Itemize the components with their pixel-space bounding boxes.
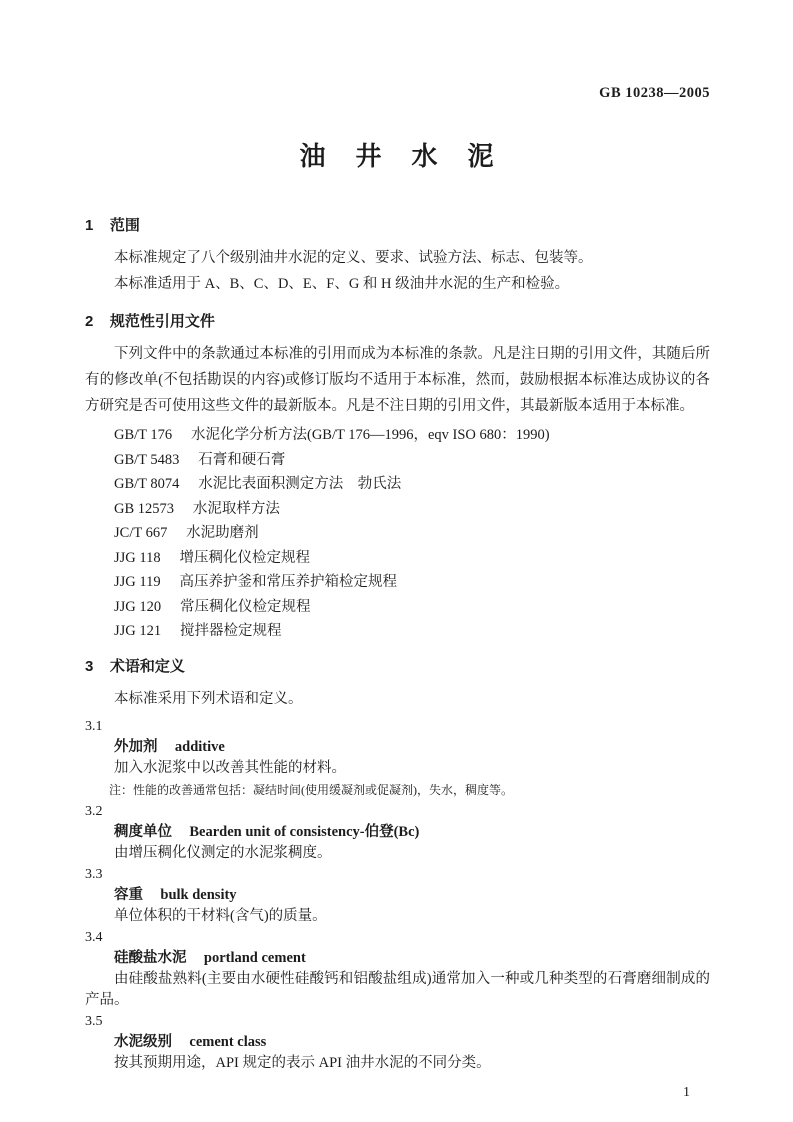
reference-code: JJG 120: [114, 599, 161, 615]
term-heading: 水泥级别cement class: [85, 1032, 710, 1053]
term-block-3-3: 3.3 容重bulk density 单位体积的干材料(含气)的质量。: [85, 864, 710, 927]
reference-code: JC/T 667: [114, 525, 167, 541]
term-block-3-4: 3.4 硅酸盐水泥portland cement 由硅酸盐熟料(主要由水硬性硅酸…: [85, 927, 710, 1011]
section-1-number: 1: [85, 217, 93, 234]
document-title: 油 井 水 泥: [85, 140, 710, 174]
term-heading: 外加剂additive: [85, 737, 710, 758]
term-number: 3.3: [85, 864, 710, 885]
term-chinese: 水泥级别: [114, 1034, 172, 1050]
reference-code: JJG 119: [114, 574, 161, 590]
section-2-label: 规范性引用文件: [110, 313, 215, 330]
term-block-3-5: 3.5 水泥级别cement class 按其预期用途，API 规定的表示 AP…: [85, 1011, 710, 1074]
term-chinese: 容重: [114, 887, 143, 903]
term-number: 3.1: [85, 716, 710, 737]
section-1-paragraph-2: 本标准适用于 A、B、C、D、E、F、G 和 H 级油井水泥的生产和检验。: [85, 271, 710, 297]
section-3-heading: 3术语和定义: [85, 657, 710, 677]
term-heading: 硅酸盐水泥portland cement: [85, 948, 710, 969]
standard-number: GB 10238—2005: [85, 84, 710, 102]
term-chinese: 外加剂: [114, 739, 158, 755]
section-1-heading: 1范围: [85, 216, 710, 236]
section-3-number: 3: [85, 658, 93, 675]
reference-item: JJG 119高压养护釜和常压养护箱检定规程: [114, 570, 710, 595]
reference-code: JJG 118: [114, 550, 161, 566]
reference-item: JJG 121搅拌器检定规程: [114, 619, 710, 644]
reference-item: GB/T 5483石膏和硬石膏: [114, 448, 710, 473]
term-number: 3.4: [85, 927, 710, 948]
term-english: bulk density: [160, 887, 236, 903]
section-3-label: 术语和定义: [110, 658, 185, 675]
term-number: 3.2: [85, 801, 710, 822]
reference-item: JJG 120常压稠化仪检定规程: [114, 595, 710, 620]
reference-list: GB/T 176水泥化学分析方法(GB/T 176—1996，eqv ISO 6…: [85, 423, 710, 644]
term-english: portland cement: [204, 950, 306, 966]
term-english: cement class: [189, 1034, 266, 1050]
reference-item: JC/T 667水泥助磨剂: [114, 521, 710, 546]
term-number: 3.5: [85, 1011, 710, 1032]
reference-title: 水泥取样方法: [193, 501, 280, 517]
section-1-label: 范围: [110, 217, 140, 234]
reference-title: 水泥比表面积测定方法 勃氏法: [198, 476, 401, 492]
reference-code: GB/T 176: [114, 427, 172, 443]
reference-code: JJG 121: [114, 623, 161, 639]
reference-code: GB/T 8074: [114, 476, 179, 492]
reference-title: 水泥化学分析方法(GB/T 176—1996，eqv ISO 680：1990): [191, 427, 550, 443]
term-chinese: 稠度单位: [114, 824, 172, 840]
reference-item: GB/T 176水泥化学分析方法(GB/T 176—1996，eqv ISO 6…: [114, 423, 710, 448]
reference-code: GB 12573: [114, 501, 174, 517]
term-definition: 加入水泥浆中以改善其性能的材料。: [85, 758, 710, 779]
reference-item: JJG 118增压稠化仪检定规程: [114, 546, 710, 571]
terms-list: 3.1 外加剂additive 加入水泥浆中以改善其性能的材料。 注：性能的改善…: [85, 716, 710, 1074]
term-english: additive: [175, 739, 225, 755]
reference-title: 水泥助磨剂: [186, 525, 259, 541]
reference-title: 搅拌器检定规程: [180, 623, 282, 639]
section-1-paragraph-1: 本标准规定了八个级别油井水泥的定义、要求、试验方法、标志、包装等。: [85, 245, 710, 271]
reference-title: 常压稠化仪检定规程: [180, 599, 311, 615]
term-definition: 由硅酸盐熟料(主要由水硬性硅酸钙和铝酸盐组成)通常加入一种或几种类型的石膏磨细制…: [85, 969, 710, 1011]
term-heading: 容重bulk density: [85, 885, 710, 906]
reference-title: 高压养护釜和常压养护箱检定规程: [179, 574, 397, 590]
page-number: 1: [85, 1084, 710, 1102]
section-2-intro: 下列文件中的条款通过本标准的引用而成为本标准的条款。凡是注日期的引用文件，其随后…: [85, 341, 710, 419]
term-block-3-1: 3.1 外加剂additive 加入水泥浆中以改善其性能的材料。 注：性能的改善…: [85, 716, 710, 801]
section-2-heading: 2规范性引用文件: [85, 312, 710, 332]
section-2-number: 2: [85, 313, 93, 330]
term-definition: 按其预期用途，API 规定的表示 API 油井水泥的不同分类。: [85, 1053, 710, 1074]
term-block-3-2: 3.2 稠度单位Bearden unit of consistency-伯登(B…: [85, 801, 710, 864]
term-note: 注：性能的改善通常包括：凝结时间(使用缓凝剂或促凝剂)，失水，稠度等。: [85, 780, 710, 801]
term-heading: 稠度单位Bearden unit of consistency-伯登(Bc): [85, 822, 710, 843]
term-english: Bearden unit of consistency-伯登(Bc): [189, 824, 419, 840]
term-definition: 单位体积的干材料(含气)的质量。: [85, 906, 710, 927]
reference-code: GB/T 5483: [114, 452, 179, 468]
section-3-intro: 本标准采用下列术语和定义。: [85, 686, 710, 712]
reference-item: GB 12573水泥取样方法: [114, 497, 710, 522]
reference-item: GB/T 8074水泥比表面积测定方法 勃氏法: [114, 472, 710, 497]
reference-title: 增压稠化仪检定规程: [179, 550, 310, 566]
term-chinese: 硅酸盐水泥: [114, 950, 187, 966]
document-page: GB 10238—2005 油 井 水 泥 1范围 本标准规定了八个级别油井水泥…: [0, 0, 793, 1122]
term-definition: 由增压稠化仪测定的水泥浆稠度。: [85, 843, 710, 864]
reference-title: 石膏和硬石膏: [198, 452, 285, 468]
